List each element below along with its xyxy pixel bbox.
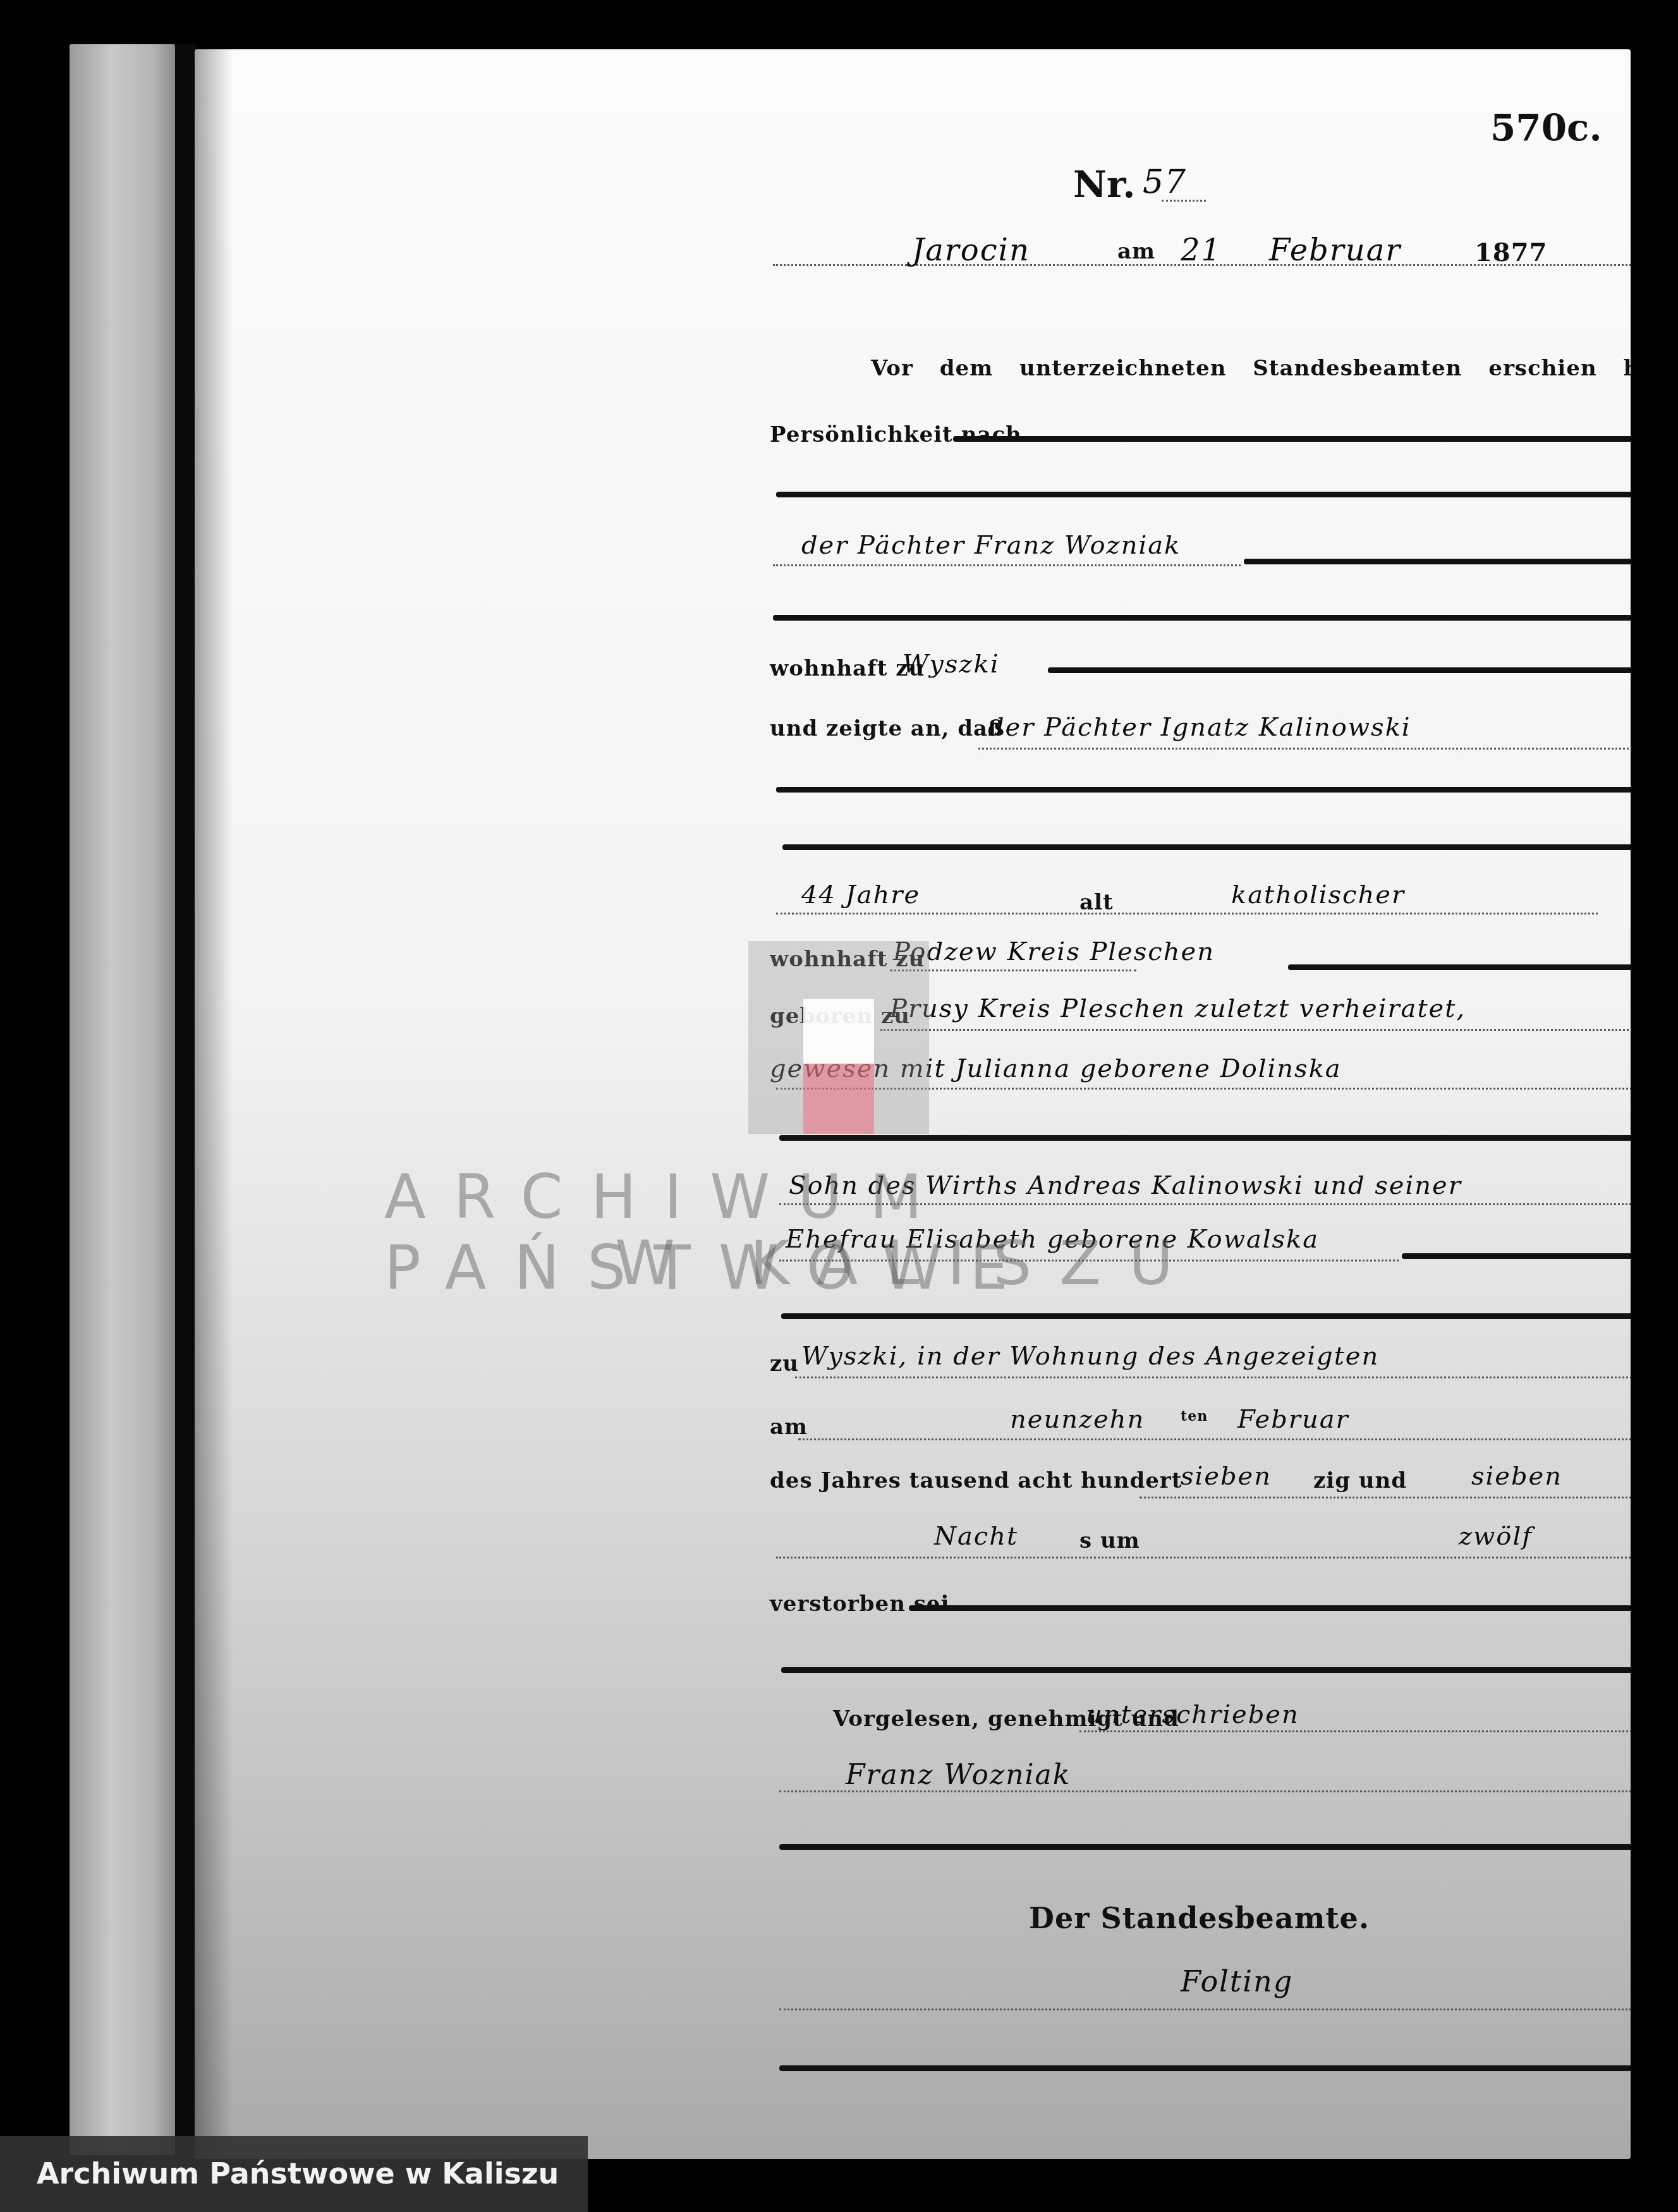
dots <box>1079 1730 1631 1732</box>
informant-signature: Franz Wozniak <box>846 1759 1071 1791</box>
death-am-label: am <box>770 1414 808 1440</box>
rule <box>953 436 1631 442</box>
dots <box>798 1438 1631 1440</box>
informant-name: der Pächter Franz Wozniak <box>801 531 1181 560</box>
record-number: 57 <box>1143 163 1187 201</box>
deceased-name: der Pächter Ignatz Kalinowski <box>988 713 1411 742</box>
death-place-label: zu <box>770 1351 799 1376</box>
year-tens: sieben <box>1181 1462 1272 1491</box>
informant-residence: Wyszki <box>903 650 999 679</box>
official-signature: Folting <box>1181 1964 1293 1998</box>
page-number: 570c. <box>1490 106 1602 149</box>
rule <box>779 1844 1631 1850</box>
closing-label-hand: unterschrieben <box>1086 1700 1299 1729</box>
rule <box>779 1135 1631 1141</box>
death-day: neunzehn <box>1010 1405 1145 1434</box>
year-units: sieben <box>1471 1462 1562 1491</box>
dots <box>978 748 1631 750</box>
archive-logo-white-field <box>803 999 874 1064</box>
rule <box>773 615 1631 621</box>
dots <box>880 1029 1631 1031</box>
death-hour: zwölf <box>1459 1522 1533 1551</box>
rule <box>1288 964 1631 970</box>
time-of-day: Nacht <box>934 1522 1018 1551</box>
archive-badge-text: Archiwum Państwowe w Kaliszu <box>37 2156 559 2191</box>
alt-label: alt <box>1079 890 1114 915</box>
rule <box>781 1667 1631 1673</box>
birthplace: Prusy Kreis Pleschen zuletzt verheiratet… <box>890 994 1466 1023</box>
page-edge-shadow <box>195 49 233 2159</box>
rule <box>782 844 1631 850</box>
dots <box>1140 1497 1631 1498</box>
official-title: Der Standesbeamte. <box>1029 1901 1370 1935</box>
declaration-label: und zeigte an, daß <box>770 716 1005 741</box>
rule <box>909 1605 1631 1611</box>
date-month: Februar <box>1269 233 1401 268</box>
book-gutter <box>175 44 196 2155</box>
intro-line-1: Vor dem unterzeichneten Standesbeamten e… <box>871 356 1631 381</box>
informant-residence-label: wohnhaft zu <box>770 656 925 681</box>
rule <box>776 787 1631 793</box>
verstorben-label: verstorben sei <box>770 1591 949 1617</box>
dots <box>779 1790 1631 1792</box>
dots <box>795 1376 1631 1378</box>
date-year: 1877 <box>1474 238 1547 267</box>
record-number-label: Nr. <box>1073 163 1135 206</box>
watermark-line-2: W KALISZU <box>615 1228 1201 1299</box>
zig-label: zig und <box>1313 1468 1407 1493</box>
year-label: des Jahres tausend acht hundert <box>770 1468 1182 1493</box>
deceased-residence: Podzew Kreis Pleschen <box>893 937 1215 966</box>
rule <box>776 492 1631 497</box>
record-number-dots <box>1162 200 1206 202</box>
rule <box>779 2065 1631 2071</box>
intro-line-2-label: Persönlichkeit nach <box>770 422 1022 447</box>
rule <box>1048 667 1631 673</box>
um-label: s um <box>1079 1528 1140 1553</box>
date-place: Jarocin <box>912 233 1030 268</box>
deceased-religion: katholischer <box>1231 880 1405 909</box>
ten-label: ten <box>1181 1408 1208 1425</box>
date-day: 21 <box>1181 233 1222 268</box>
dots <box>779 2008 1631 2010</box>
dots <box>776 1557 1631 1559</box>
death-month: Februar <box>1237 1405 1349 1434</box>
archive-logo-red-field <box>803 1064 874 1134</box>
rule <box>781 1313 1631 1319</box>
death-place: Wyszki, in der Wohnung des Angezeigten <box>801 1342 1379 1371</box>
deceased-age: 44 Jahre <box>801 880 920 909</box>
rule <box>1244 559 1631 564</box>
book-spine <box>70 44 175 2155</box>
dots <box>776 913 1598 915</box>
document-page: 570c. Nr. 57 Jarocin am 21 Februar 1877 … <box>195 49 1631 2159</box>
date-am-label: am <box>1117 239 1155 264</box>
dots <box>773 564 1241 566</box>
